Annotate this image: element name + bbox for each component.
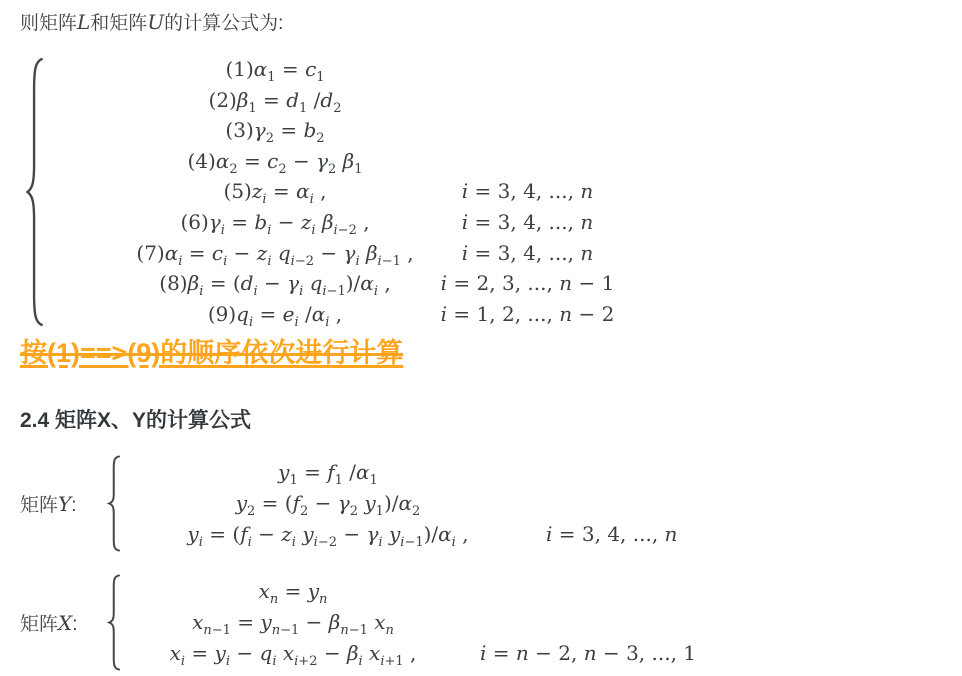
matrix-x-label-colon: : <box>72 614 77 635</box>
matrix-l-symbol: L <box>77 10 90 34</box>
condition-6: i = 3, 4, ..., n <box>430 207 625 238</box>
y-equation-2: y2 = (f2 − γ2 y1)/α2 <box>128 488 528 519</box>
x-equation-2: xn−1 = yn−1 − βn−1 xn <box>128 607 458 638</box>
equation-row-4: (4)α2 = c2 − γ2 β1 <box>50 146 690 177</box>
y-equation-row-2: y2 = (f2 − γ2 y1)/α2 <box>128 488 528 519</box>
matrix-u-symbol: U <box>147 10 164 34</box>
matrix-x-symbol: X <box>58 611 72 635</box>
x-equation-row-1: xn = yn <box>128 576 458 607</box>
matrix-y-label-cjk: 矩阵 <box>20 495 58 516</box>
y-equation-row-3: yi = (fi − zi yi−2 − γi yi−1)/αi ,i = 3,… <box>128 519 528 550</box>
document-page: 则矩阵L和矩阵U的计算公式为: (1)α1 = c1 (2)β1 = d1 /d… <box>0 0 962 676</box>
matrix-y-system: 矩阵Y: y1 = f1 /α1 y2 = (f2 − γ2 y1)/α2 yi… <box>20 455 962 552</box>
intro-text-1: 则矩阵 <box>20 13 77 34</box>
section-heading: 2.4 矩阵X、Y的计算公式 <box>20 407 962 435</box>
intro-text-2: 和矩阵 <box>90 13 147 34</box>
condition-5: i = 3, 4, ..., n <box>430 176 625 207</box>
curly-brace-icon <box>104 574 122 671</box>
x-equation-3: xi = yi − qi xi+2 − βi xi+1 , <box>128 638 458 669</box>
x-condition-3: i = n − 2, n − 3, ..., 1 <box>480 638 696 669</box>
equation-1: (1)α1 = c1 <box>50 54 500 85</box>
y-equation-1: y1 = f1 /α1 <box>128 457 528 488</box>
condition-8: i = 2, 3, ..., n − 1 <box>430 268 625 299</box>
curly-brace-icon <box>104 455 122 552</box>
curly-brace-icon <box>20 55 46 329</box>
lu-rows: (1)α1 = c1 (2)β1 = d1 /d2 (3)γ2 = b2 (4)… <box>50 54 690 329</box>
x-equation-row-3: xi = yi − qi xi+2 − βi xi+1 ,i = n − 2, … <box>128 638 458 669</box>
x-equation-row-2: xn−1 = yn−1 − βn−1 xn <box>128 607 458 638</box>
x-equation-1: xn = yn <box>128 576 458 607</box>
lu-equation-system: (1)α1 = c1 (2)β1 = d1 /d2 (3)γ2 = b2 (4)… <box>20 54 962 329</box>
matrix-y-label: 矩阵Y: <box>20 490 104 517</box>
matrix-x-label: 矩阵X: <box>20 609 104 636</box>
equation-3: (3)γ2 = b2 <box>50 115 500 146</box>
sequence-note: 按(1)==>(9)的顺序依次进行计算 <box>20 335 403 371</box>
matrix-x-system: 矩阵X: xn = yn xn−1 = yn−1 − βn−1 xn xi = … <box>20 574 962 671</box>
equation-row-9: (9)qi = ei /αi ,i = 1, 2, ..., n − 2 <box>50 299 690 330</box>
equation-row-3: (3)γ2 = b2 <box>50 115 690 146</box>
equation-row-5: (5)zi = αi ,i = 3, 4, ..., n <box>50 176 690 207</box>
matrix-y-label-colon: : <box>71 495 76 516</box>
equation-row-2: (2)β1 = d1 /d2 <box>50 85 690 116</box>
equation-row-6: (6)γi = bi − zi βi−2 ,i = 3, 4, ..., n <box>50 207 690 238</box>
equation-4: (4)α2 = c2 − γ2 β1 <box>50 146 500 177</box>
intro-text-3: 的计算公式为: <box>164 13 283 34</box>
y-condition-3: i = 3, 4, ..., n <box>546 519 677 550</box>
y-equation-3: yi = (fi − zi yi−2 − γi yi−1)/αi , <box>128 519 528 550</box>
matrix-y-symbol: Y <box>58 492 71 516</box>
equation-2: (2)β1 = d1 /d2 <box>50 85 500 116</box>
y-equation-row-1: y1 = f1 /α1 <box>128 457 528 488</box>
x-rows: xn = yn xn−1 = yn−1 − βn−1 xn xi = yi − … <box>128 576 458 669</box>
y-rows: y1 = f1 /α1 y2 = (f2 − γ2 y1)/α2 yi = (f… <box>128 457 528 550</box>
intro-paragraph: 则矩阵L和矩阵U的计算公式为: <box>20 8 962 38</box>
condition-7: i = 3, 4, ..., n <box>430 238 625 269</box>
equation-row-8: (8)βi = (di − γi qi−1)/αi ,i = 2, 3, ...… <box>50 268 690 299</box>
equation-row-7: (7)αi = ci − zi qi−2 − γi βi−1 ,i = 3, 4… <box>50 238 690 269</box>
equation-row-1: (1)α1 = c1 <box>50 54 690 85</box>
matrix-x-label-cjk: 矩阵 <box>20 614 58 635</box>
condition-9: i = 1, 2, ..., n − 2 <box>430 299 625 330</box>
